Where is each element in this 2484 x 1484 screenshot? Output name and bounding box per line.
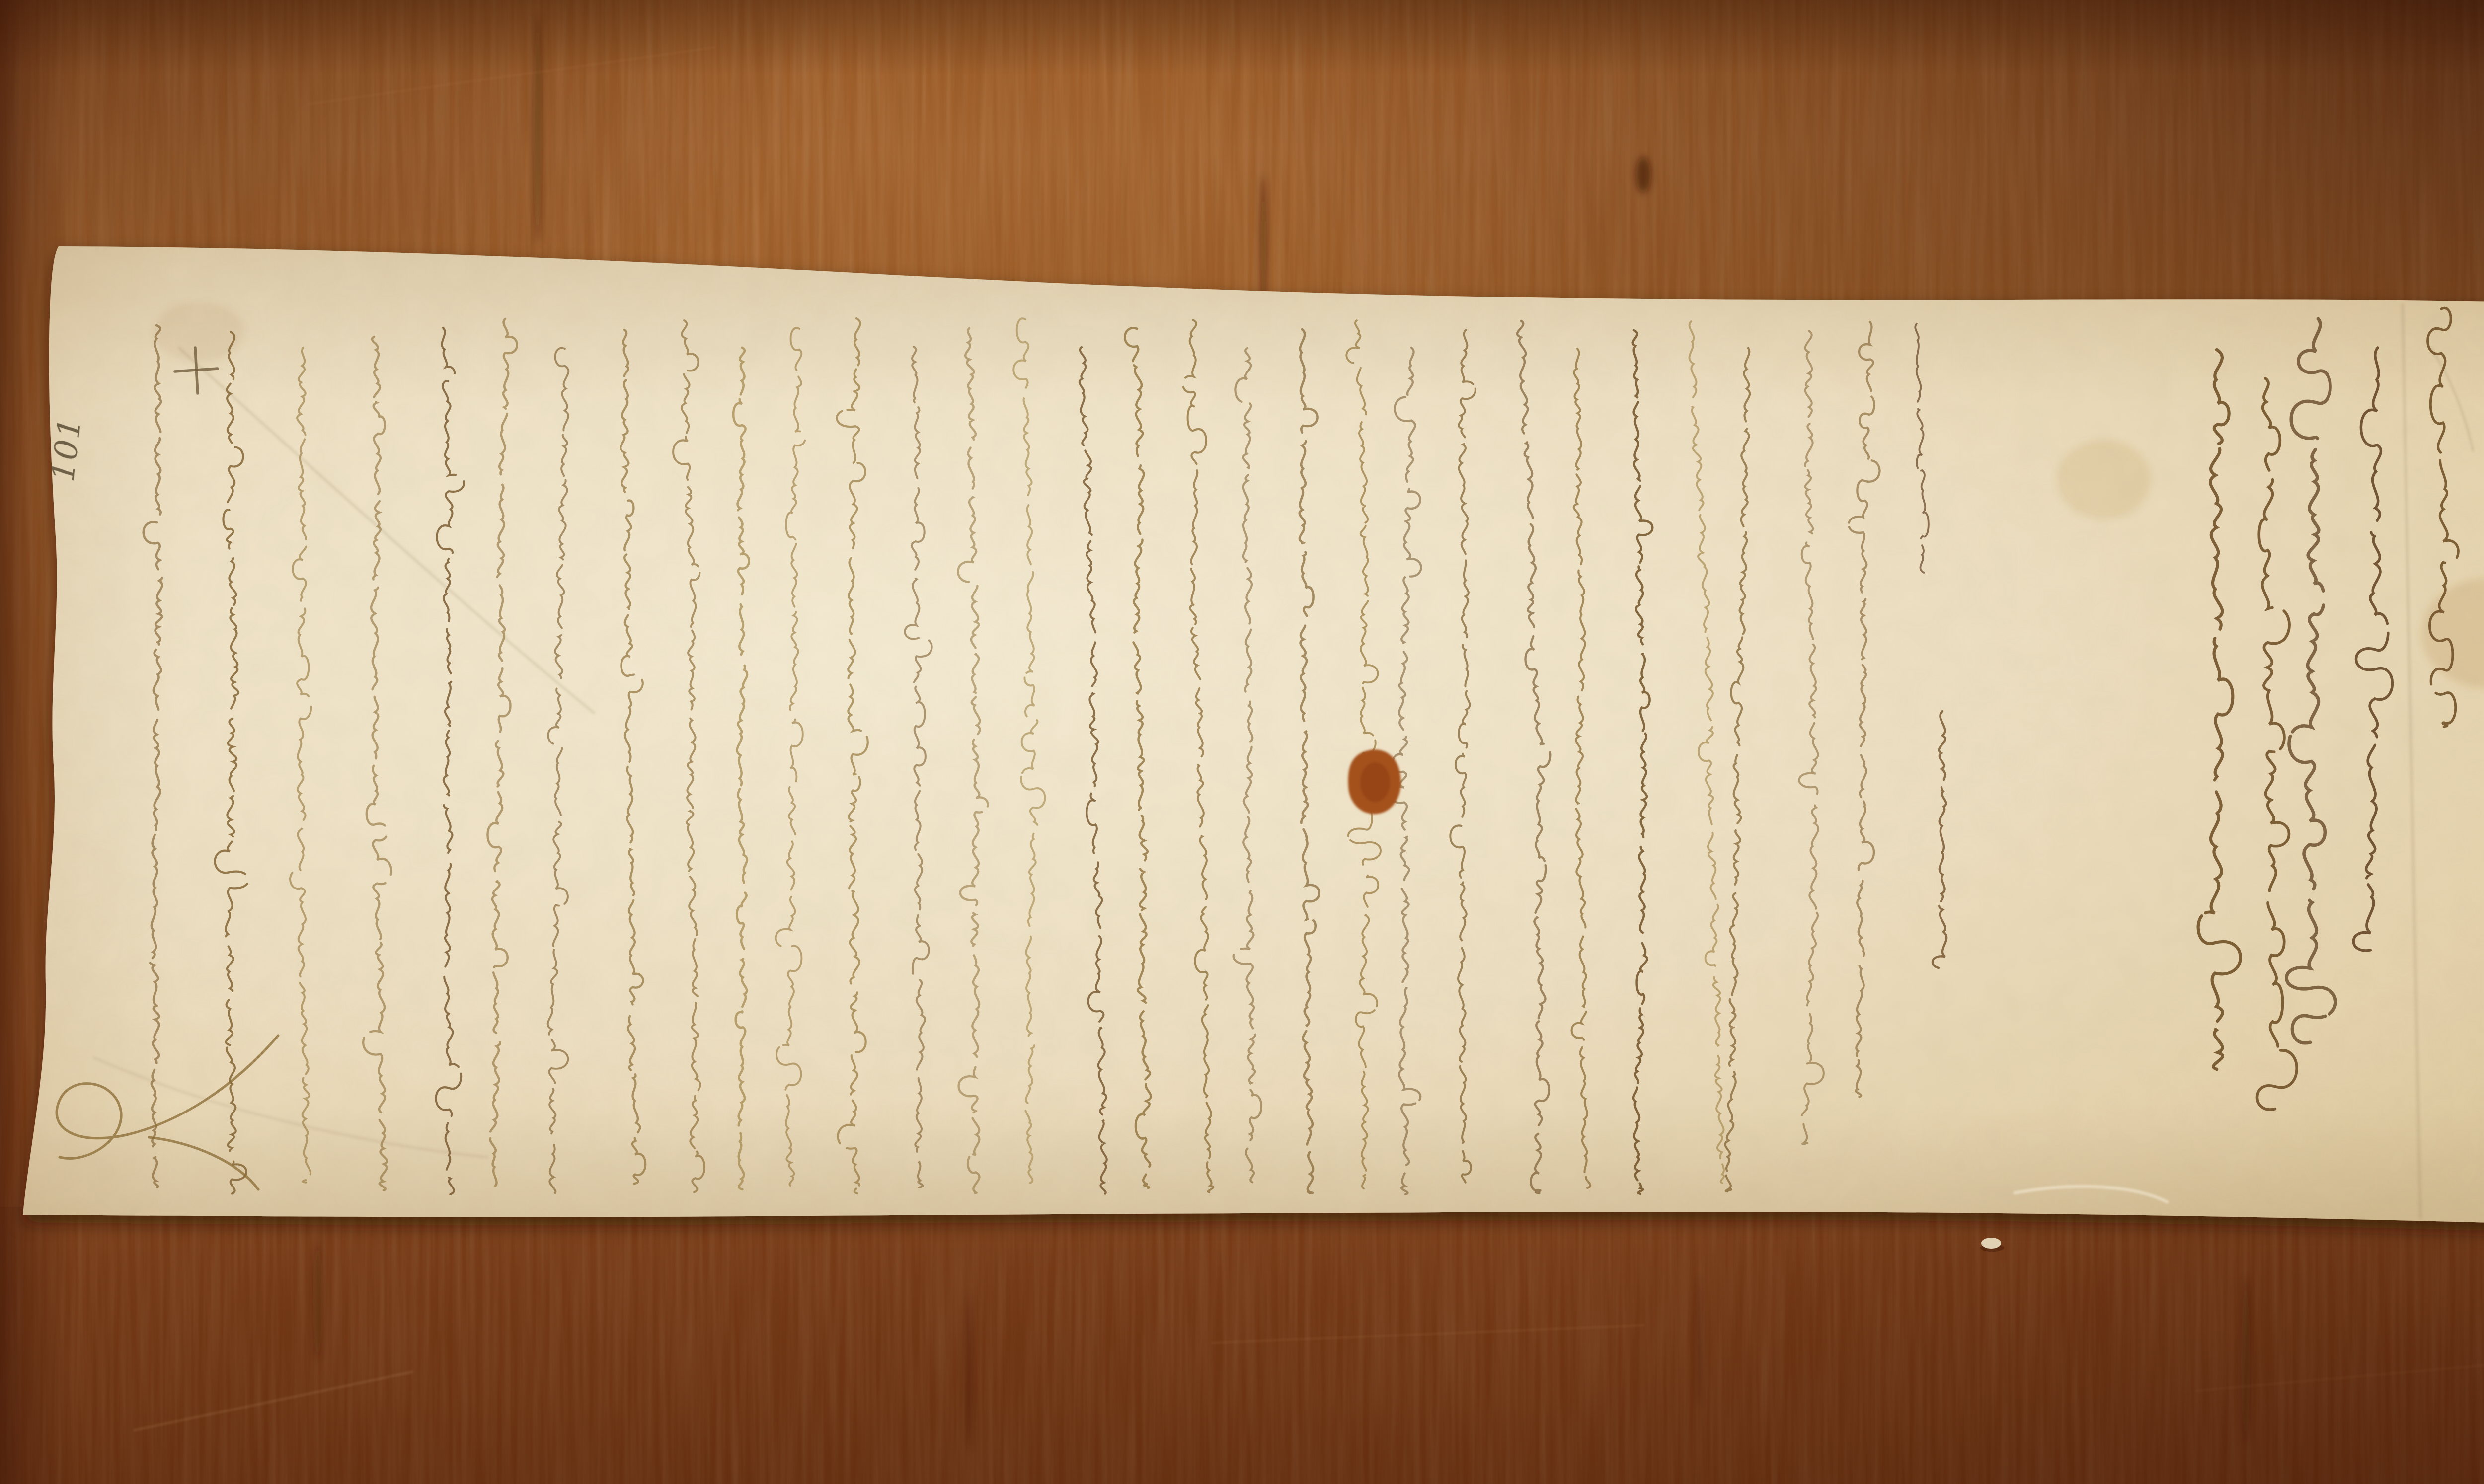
ink-blot: [1348, 749, 1401, 814]
paper-bottom-shading: [0, 1103, 2484, 1232]
stain: [2057, 440, 2151, 519]
paper-contents: 101: [0, 219, 2484, 1261]
manuscript-photo: 101: [0, 0, 2484, 1484]
paper-sheet: 101: [0, 219, 2484, 1261]
photo-canvas: 101: [0, 0, 2484, 1484]
